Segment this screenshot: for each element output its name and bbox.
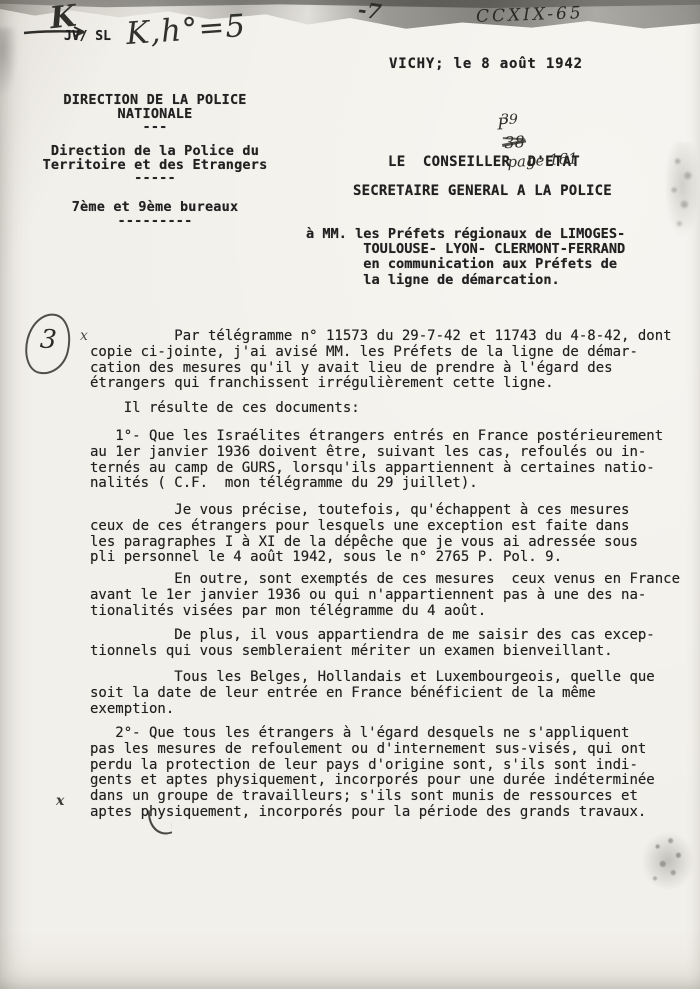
addressee-block: à MM. les Préfets régionaux de LIMOGES- …	[306, 227, 625, 288]
sender-title-line-1: LE CONSEILLER D'ETAT	[388, 154, 580, 170]
margin-cross-mark-bottom: x	[56, 793, 64, 809]
department-block-1: DIRECTION DE LA POLICE NATIONALE ---	[40, 94, 270, 135]
body-paragraph-3: 1°- Que les Israélites étrangers entrés …	[90, 429, 663, 492]
circled-number-value: 3	[39, 324, 58, 355]
body-paragraph-4: Je vous précise, toutefois, qu'échappent…	[90, 503, 638, 566]
sender-title-line-2: SECRETAIRE GENERAL A LA POLICE	[353, 183, 612, 199]
scan-smudge-bottom-right	[642, 832, 694, 890]
body-paragraph-6: De plus, il vous appartiendra de me sais…	[90, 628, 655, 660]
scan-smudge-right	[664, 142, 698, 238]
scanned-document-page: K JV/ SL K,h°=5 -7 CCXIX-65 VICHY; le 8 …	[0, 0, 700, 989]
handwritten-page-note: P 38 page 161	[476, 91, 580, 191]
separator-dashes: -----	[40, 172, 270, 186]
page-note-corrected-number: 39	[500, 112, 518, 128]
body-paragraph-1: Par télégramme n° 11573 du 29-7-42 et 11…	[90, 329, 672, 392]
body-paragraph-8: 2°- Que tous les étrangers à l'égard des…	[90, 726, 655, 821]
body-paragraph-2: Il résulte de ces documents:	[90, 401, 360, 417]
department-block-3: 7ème et 9ème bureaux ---------	[40, 201, 270, 228]
handwritten-classification-code: K,h°=5	[125, 8, 247, 52]
body-paragraph-7: Tous les Belges, Hollandais et Luxembour…	[90, 670, 655, 717]
date-line: VICHY; le 8 août 1942	[389, 56, 583, 72]
typist-initials: JV/ SL	[64, 29, 111, 44]
handwritten-archive-reference: CCXIX-65	[476, 3, 584, 27]
margin-cross-mark-top: x	[80, 328, 88, 344]
body-paragraph-5: En outre, sont exemptés de ces mesures c…	[90, 572, 680, 619]
handwritten-circled-number: 3	[19, 309, 77, 380]
scan-corner-smudge	[0, 28, 18, 98]
handwritten-top-mark: -7	[356, 0, 383, 25]
department-block-2: Direction de la Police du Territoire et …	[40, 145, 270, 186]
handwritten-correction-stroke	[148, 805, 172, 839]
separator-dashes: ---	[40, 121, 270, 135]
page-note-crossed-number: 38	[504, 132, 525, 152]
separator-dashes: ---------	[40, 215, 270, 229]
